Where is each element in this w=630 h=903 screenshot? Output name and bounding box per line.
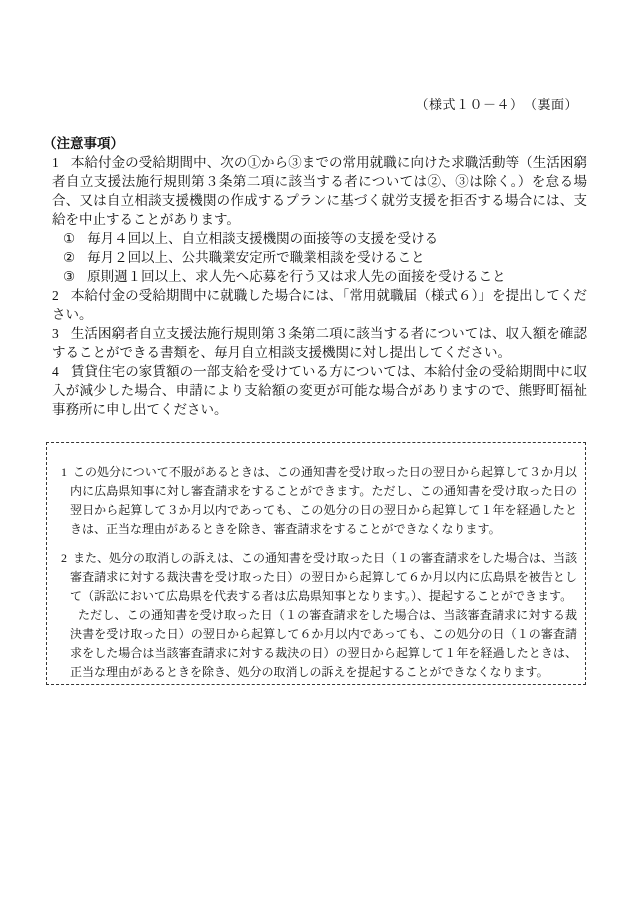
appeal-item-1-number: 1 bbox=[61, 465, 67, 479]
appeal-item-2-paragraph: 2また、処分の取消しの訴えは、この通知書を受け取った日（１の審査請求をした場合は… bbox=[56, 549, 577, 606]
note-subitem-1-number: ① bbox=[63, 231, 75, 246]
note-subitem-3-number: ③ bbox=[63, 269, 75, 284]
form-number-label: （様式１０－４） （裏面） bbox=[415, 96, 578, 113]
note-item-3: 3生活困窮者自立支援法施行規則第３条第二項に該当する者については、収入額を確認す… bbox=[43, 324, 587, 362]
document-page: （様式１０－４） （裏面） （注意事項） 1本給付金の受給期間中、次の①から③ま… bbox=[0, 0, 630, 903]
note-item-4-text: 賃貸住宅の家賃額の一部支給を受けている方については、本給付金の受給期間中に収入が… bbox=[52, 364, 587, 417]
note-item-2: 2本給付金の受給期間中に就職した場合には、「常用就職届（様式６）」を提出してくだ… bbox=[43, 286, 587, 324]
notes-section: （注意事項） 1本給付金の受給期間中、次の①から③までの常用就職に向けた求職活動… bbox=[43, 134, 587, 419]
note-item-3-number: 3 bbox=[52, 326, 59, 341]
appeal-item-2-continuation: ただし、この通知書を受け取った日（１の審査請求をした場合は、当該審査請求に対する… bbox=[56, 606, 577, 682]
appeal-item-1-paragraph: 1この処分について不服があるときは、この通知書を受け取った日の翌日から起算して３… bbox=[56, 463, 577, 539]
note-subitem-1-text: 毎月４回以上、自立相談支援機関の面接等の支援を受ける bbox=[87, 231, 438, 246]
appeal-item-2-number: 2 bbox=[61, 551, 67, 565]
appeal-item-2-text: また、処分の取消しの訴えは、この通知書を受け取った日（１の審査請求をした場合は、… bbox=[70, 551, 577, 603]
note-item-3-text: 生活困窮者自立支援法施行規則第３条第二項に該当する者については、収入額を確認する… bbox=[52, 326, 587, 360]
note-item-1-text: 本給付金の受給期間中、次の①から③までの常用就職に向けた求職活動等（生活困窮者自… bbox=[52, 155, 587, 227]
appeal-item-2: 2また、処分の取消しの訴えは、この通知書を受け取った日（１の審査請求をした場合は… bbox=[56, 549, 577, 682]
appeal-item-1-text: この処分について不服があるときは、この通知書を受け取った日の翌日から起算して３か… bbox=[70, 465, 577, 536]
note-subitem-2-text: 毎月２回以上、公共職業安定所で職業相談を受けること bbox=[87, 250, 425, 265]
note-subitem-1: ①毎月４回以上、自立相談支援機関の面接等の支援を受ける bbox=[43, 229, 587, 248]
appeal-item-1: 1この処分について不服があるときは、この通知書を受け取った日の翌日から起算して３… bbox=[56, 463, 577, 539]
note-item-2-text: 本給付金の受給期間中に就職した場合には、「常用就職届（様式６）」を提出してくださ… bbox=[52, 288, 587, 322]
note-item-4-number: 4 bbox=[52, 364, 59, 379]
appeal-notice-box: 1この処分について不服があるときは、この通知書を受け取った日の翌日から起算して３… bbox=[46, 442, 586, 685]
note-item-4: 4賃貸住宅の家賃額の一部支給を受けている方については、本給付金の受給期間中に収入… bbox=[43, 362, 587, 419]
note-item-2-number: 2 bbox=[52, 288, 59, 303]
note-subitem-2-number: ② bbox=[63, 250, 75, 265]
note-subitem-3: ③原則週１回以上、求人先へ応募を行う又は求人先の面接を受けること bbox=[43, 267, 587, 286]
note-subitem-3-text: 原則週１回以上、求人先へ応募を行う又は求人先の面接を受けること bbox=[87, 269, 506, 284]
notes-title: （注意事項） bbox=[43, 134, 587, 153]
note-subitem-2: ②毎月２回以上、公共職業安定所で職業相談を受けること bbox=[43, 248, 587, 267]
note-item-1-number: 1 bbox=[52, 155, 59, 170]
note-item-1: 1本給付金の受給期間中、次の①から③までの常用就職に向けた求職活動等（生活困窮者… bbox=[43, 153, 587, 229]
